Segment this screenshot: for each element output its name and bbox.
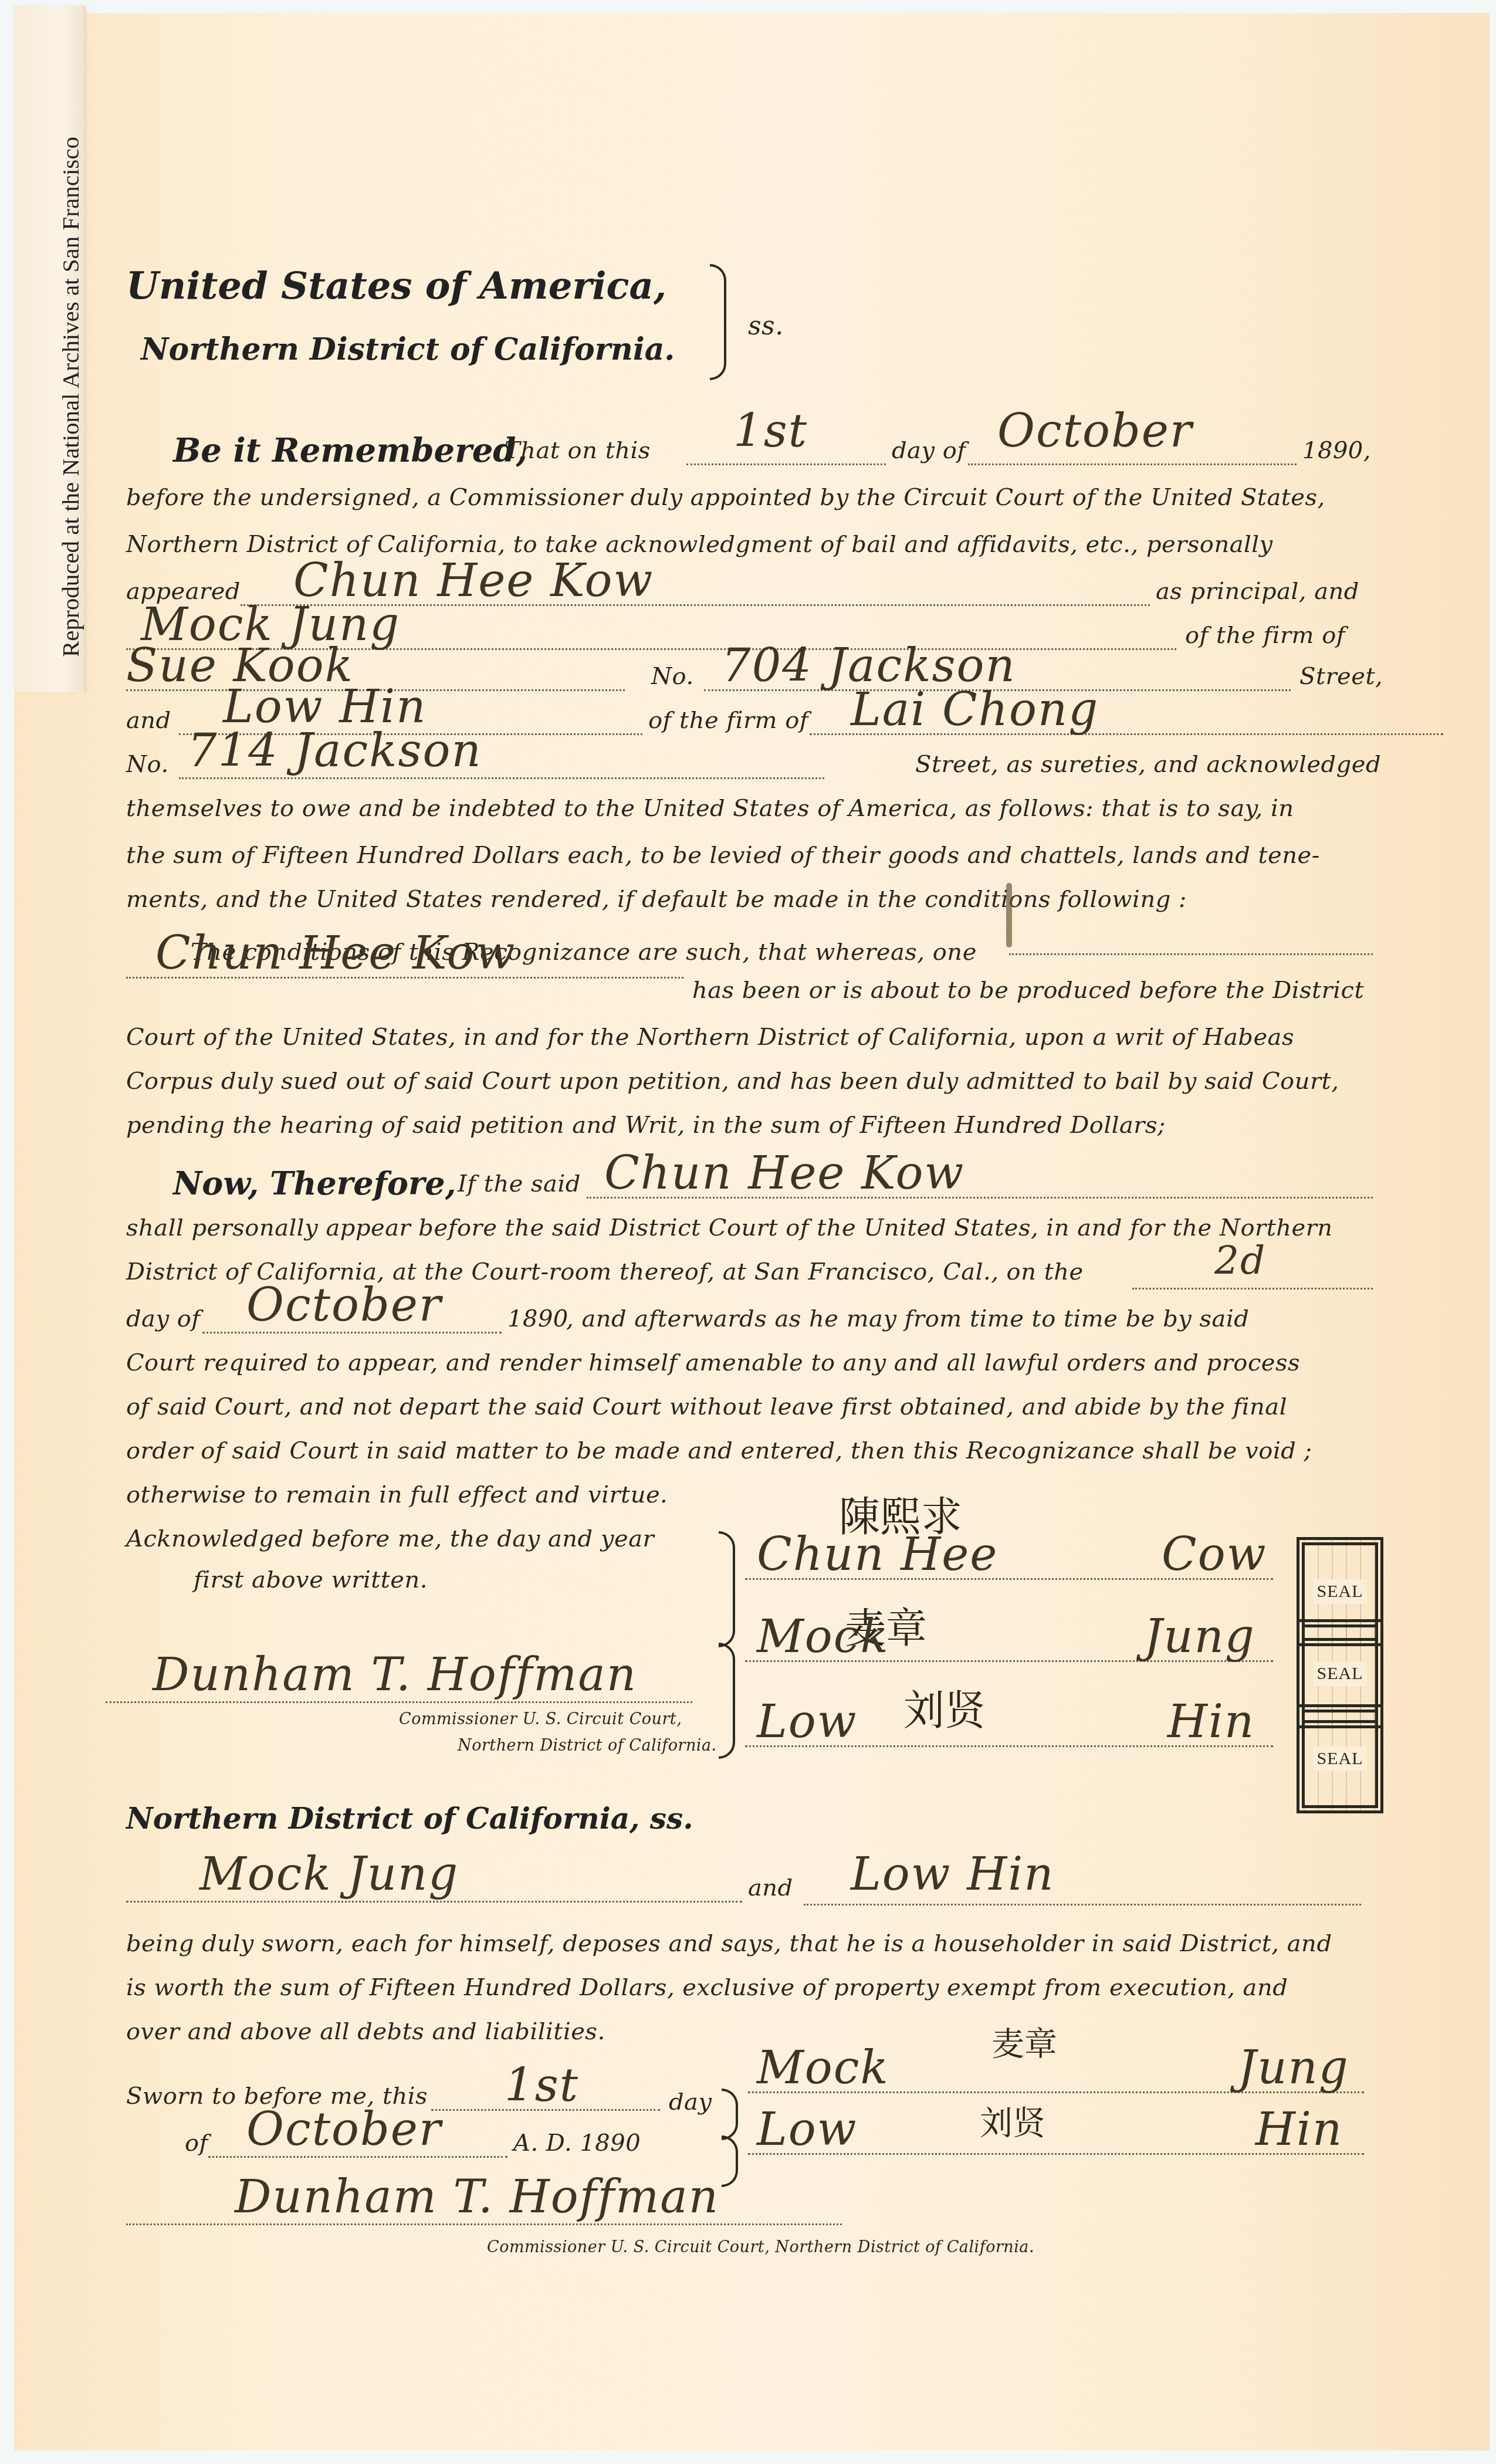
- appear-month-field[interactable]: October: [246, 1279, 442, 1332]
- of-firm-label: of the firm of: [1185, 622, 1345, 649]
- affidavit-line2: is worth the sum of Fifteen Hundred Doll…: [126, 1974, 1288, 2001]
- surety2-firm-field[interactable]: Lai Chong: [851, 683, 1099, 736]
- therefore-line2: shall personally appear before the said …: [126, 1214, 1333, 1241]
- caption-country: United States of America,: [126, 264, 666, 308]
- therefore-name-field[interactable]: Chun Hee Kow: [604, 1147, 964, 1200]
- ack-title1: Commissioner U. S. Circuit Court,: [399, 1710, 682, 1728]
- signer2-last: Jung: [1144, 1610, 1255, 1663]
- day-field-line: [686, 463, 886, 465]
- affidavit-commissioner-title: Commissioner U. S. Circuit Court, Northe…: [487, 2238, 1034, 2256]
- affidavit-surety1-line: [126, 1901, 742, 1903]
- year-text: 1890,: [1302, 437, 1371, 464]
- therefore-line6: of said Court, and not depart the said C…: [126, 1393, 1287, 1420]
- caption-brace: [710, 264, 726, 380]
- conditions-line5: pending the hearing of said petition and…: [126, 1112, 1166, 1139]
- affidavit-surety1-field[interactable]: Mock Jung: [199, 1848, 459, 1901]
- archive-tab: Reproduced at the National Archives at S…: [14, 6, 86, 692]
- appear-year: 1890: [507, 1305, 568, 1332]
- ack-signature-line: [106, 1701, 692, 1703]
- caption-district: Northern District of California.: [141, 331, 675, 367]
- affidavit-surety2-field[interactable]: Low Hin: [851, 1848, 1055, 1901]
- surety2-firm-label: of the firm of: [648, 707, 808, 734]
- affidavit-and: and: [748, 1874, 793, 1901]
- month-field-line: [968, 463, 1297, 465]
- surety2-address-field[interactable]: 714 Jackson: [188, 725, 482, 777]
- sureties-text: Street, as sureties, and acknowledged: [915, 751, 1381, 778]
- intro-heading: Be it Remembered,: [173, 431, 527, 470]
- archive-tab-label: Reproduced at the National Archives at S…: [56, 137, 84, 657]
- seal-2-label: SEAL: [1314, 1661, 1367, 1686]
- signer3-first: Low: [757, 1695, 858, 1748]
- ink-stain: [1006, 883, 1012, 947]
- sworn-ad-label: A. D. 1890: [513, 2130, 641, 2157]
- therefore-day-of: day of: [126, 1305, 201, 1332]
- affidavit-signer1-last: Jung: [1238, 2042, 1349, 2094]
- therefore-intro: If the said: [458, 1170, 581, 1197]
- conditions-fill-line: [1009, 953, 1373, 955]
- appear-month-line: [202, 1332, 502, 1333]
- affidavit-commissioner-signature: Dunham T. Hoffman: [235, 2171, 719, 2223]
- seal-3: SEAL: [1297, 1704, 1383, 1813]
- affidavit-signer2-last: Hin: [1255, 2103, 1343, 2156]
- signer2-first: Mock: [757, 1610, 889, 1663]
- ack-title2: Northern District of California.: [458, 1737, 717, 1755]
- no-label-1: No.: [651, 663, 694, 690]
- street-label-1: Street,: [1299, 663, 1383, 690]
- affidavit-signer1-first: Mock: [757, 2042, 889, 2094]
- conditions-line3: Court of the United States, in and for t…: [126, 1024, 1294, 1051]
- sworn-of-label: of: [185, 2130, 208, 2157]
- recognizance-line8: themselves to owe and be indebted to the…: [126, 795, 1294, 822]
- sworn-month-field[interactable]: October: [246, 2103, 442, 2156]
- ack-brace-bottom: [719, 1643, 735, 1759]
- and-label: and: [126, 707, 171, 734]
- no-label-2: No.: [126, 751, 169, 778]
- sworn-month-line: [208, 2156, 507, 2158]
- recognizance-line10: ments, and the United States rendered, i…: [126, 886, 1187, 913]
- conditions-line4: Corpus duly sued out of said Court upon …: [126, 1068, 1339, 1095]
- sworn-day-label: day: [669, 2089, 712, 2116]
- appear-day-field[interactable]: 2d: [1214, 1238, 1266, 1283]
- affidavit-line3: over and above all debts and liabilities…: [126, 2018, 605, 2045]
- recognizance-line2: before the undersigned, a Commissioner d…: [126, 484, 1325, 511]
- ack-line2: first above written.: [194, 1566, 428, 1593]
- sworn-day-field[interactable]: 1st: [505, 2059, 579, 2112]
- seal-1-label: SEAL: [1314, 1579, 1367, 1604]
- therefore-line8: otherwise to remain in full effect and v…: [126, 1481, 668, 1508]
- seal-3-label: SEAL: [1314, 1747, 1367, 1771]
- therefore-line7: order of said Court in said matter to be…: [126, 1437, 1312, 1464]
- principal-suffix: as principal, and: [1156, 578, 1359, 605]
- affidavit-signer1-chinese: 麦章: [991, 2018, 1057, 2065]
- signer3-last: Hin: [1167, 1695, 1255, 1748]
- affidavit-surety2-line: [804, 1904, 1361, 1905]
- affidavit-heading: Northern District of California, ss.: [126, 1801, 693, 1836]
- therefore-heading: Now, Therefore,: [173, 1165, 456, 1202]
- ack-brace-top: [719, 1531, 735, 1647]
- signer1-first: Chun Hee: [757, 1528, 999, 1581]
- month-field[interactable]: October: [997, 405, 1193, 458]
- day-of-label: day of: [892, 437, 966, 464]
- recognizance-line9: the sum of Fifteen Hundred Dollars each,…: [126, 842, 1320, 869]
- signer3-chinese: 刘贤: [903, 1678, 986, 1737]
- intro-text: That on this: [505, 437, 651, 464]
- ack-commissioner-signature: Dunham T. Hoffman: [153, 1649, 637, 1701]
- caption-ss: ss.: [748, 311, 784, 341]
- day-field[interactable]: 1st: [733, 405, 808, 458]
- surety2-address-line: [179, 777, 824, 779]
- therefore-line4: , and afterwards as he may from time to …: [566, 1305, 1249, 1332]
- signer1-last: Cow: [1162, 1528, 1267, 1581]
- ack-line1: Acknowledged before me, the day and year: [126, 1525, 654, 1552]
- conditions-line2: has been or is about to be produced befo…: [692, 977, 1364, 1004]
- affidavit-line1: being duly sworn, each for himself, depo…: [126, 1930, 1332, 1957]
- conditions-name-field[interactable]: Chun Hee Kow: [155, 927, 516, 980]
- affidavit-commissioner-line: [126, 2223, 842, 2225]
- affidavit-signer2-first: Low: [757, 2103, 858, 2156]
- therefore-line5: Court required to appear, and render him…: [126, 1349, 1300, 1376]
- affidavit-signer2-chinese: 刘贤: [980, 2097, 1045, 2144]
- appear-day-line: [1132, 1288, 1373, 1289]
